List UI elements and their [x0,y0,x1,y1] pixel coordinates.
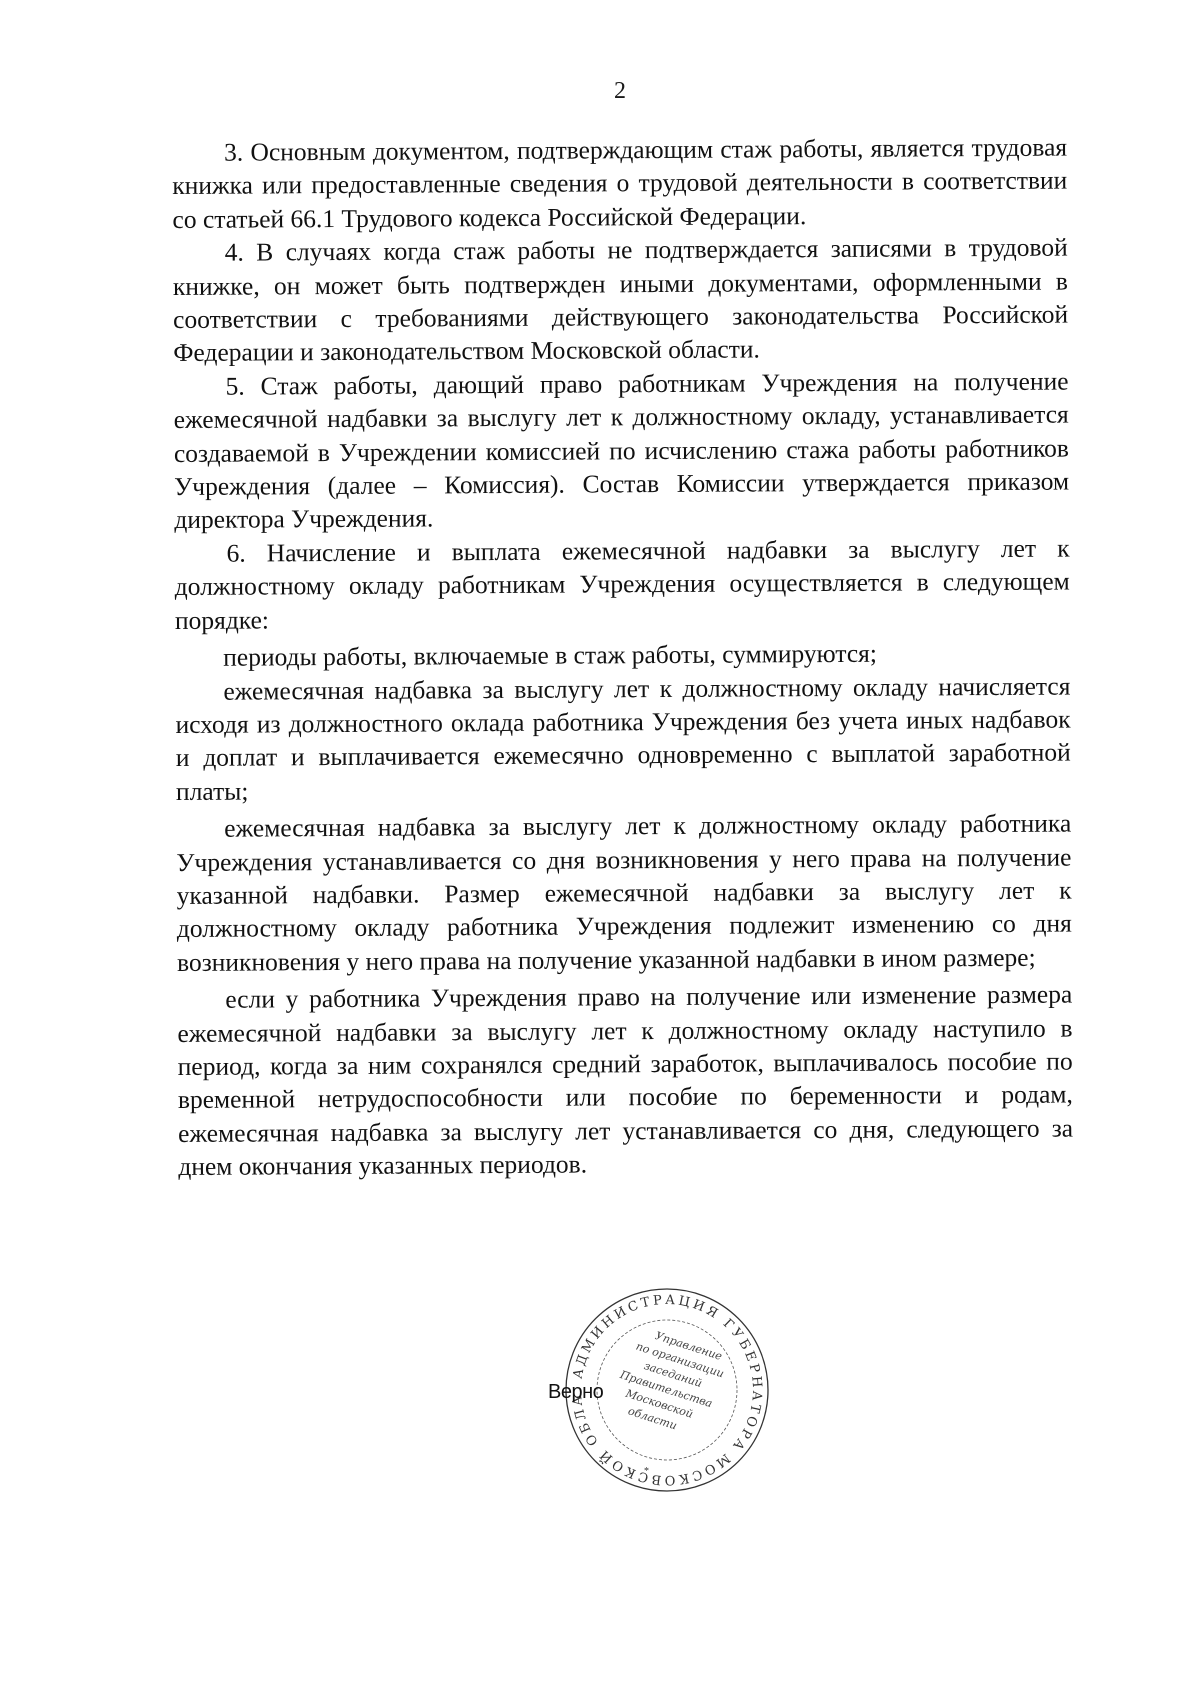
paragraph-5: 5. Стаж работы, дающий право работникам … [173,364,1069,536]
paragraph-6-clause-1: периоды работы, включаемые в стаж работы… [175,636,1070,675]
document-page: 2 3. Основным документом, подтверждающим… [0,0,1200,1697]
paragraph-6-clause-2: ежемесячная надбавка за выслугу лет к до… [175,669,1071,808]
paragraph-6-clause-3: ежемесячная надбавка за выслугу лет к до… [176,807,1072,979]
paragraph-6: 6. Начисление и выплата ежемесячной надб… [174,531,1070,637]
paragraph-3: 3. Основным документом, подтверждающим с… [172,131,1068,237]
paragraph-4: 4. В случаях когда стаж работы не подтве… [173,231,1069,370]
paragraph-6-clause-4: если у работника Учреждения право на пол… [177,978,1073,1184]
verno-certification-label: Верно [548,1381,603,1404]
document-body: 3. Основным документом, подтверждающим с… [172,131,1073,1184]
stamp-star-icon: * [644,1466,649,1477]
page-number: 2 [0,78,1200,105]
